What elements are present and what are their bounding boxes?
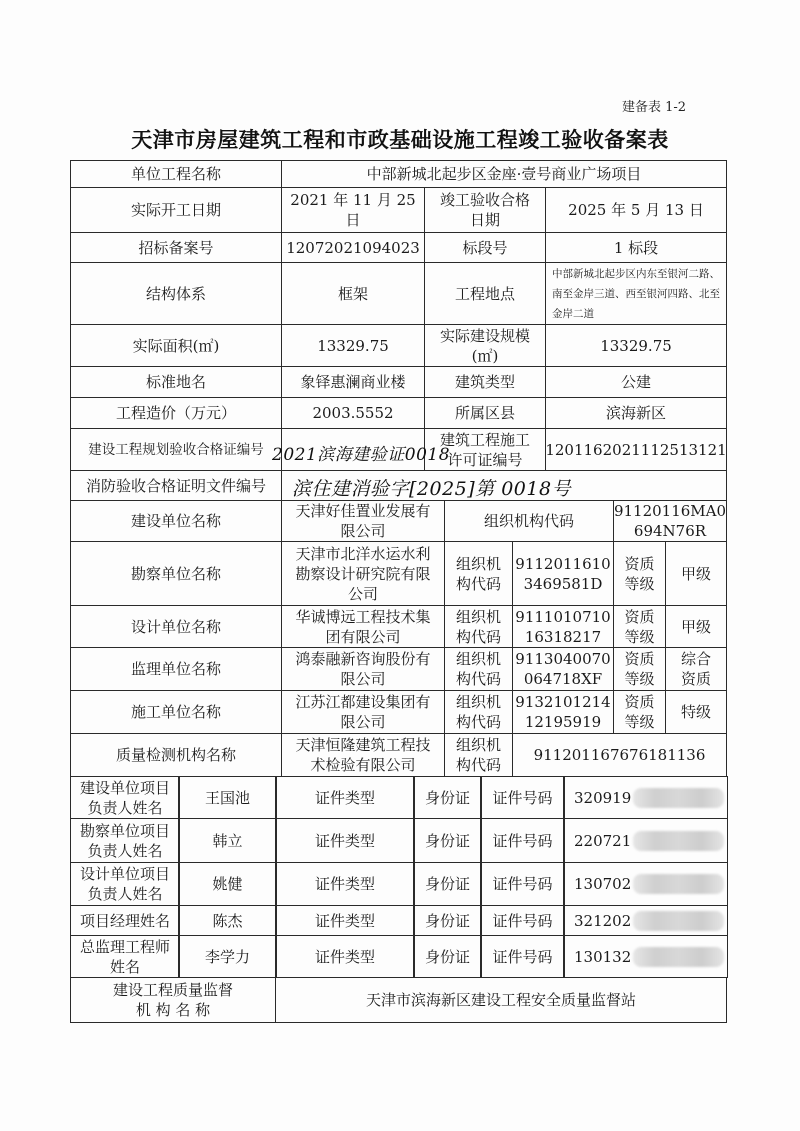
- testing-org-code: 911201167676181136: [512, 733, 727, 777]
- id-no-cell: 130702: [563, 862, 728, 906]
- section-label: 标段号: [424, 232, 546, 263]
- survey-grade-label: 资质 等级: [613, 541, 666, 606]
- construction-org-code-label: 组织机 构代码: [444, 690, 513, 734]
- testing-org-code-label: 组织机 构代码: [444, 733, 513, 777]
- id-no-cell: 321202: [563, 905, 728, 936]
- id-type-value: 身份证: [413, 905, 482, 936]
- building-type-label: 建筑类型: [424, 366, 546, 398]
- structure-value: 框架: [281, 262, 425, 325]
- area-value: 13329.75: [281, 324, 425, 367]
- person-name: 韩立: [178, 818, 277, 863]
- cost-label: 工程造价（万元）: [70, 397, 282, 429]
- id-type-value: 身份证: [413, 776, 482, 819]
- survey-grade: 甲级: [665, 541, 727, 606]
- scale-label: 实际建设规模 (㎡): [424, 324, 546, 367]
- id-type-value: 身份证: [413, 935, 482, 978]
- tender-no-value: 12072021094023: [281, 232, 425, 263]
- survey-org-code: 9112011610 3469581D: [512, 541, 614, 606]
- location-label: 工程地点: [424, 262, 546, 325]
- id-type-label: 证件类型: [275, 935, 415, 978]
- design-label: 设计单位名称: [70, 605, 282, 648]
- id-type-label: 证件类型: [275, 905, 415, 936]
- person-name: 陈杰: [178, 905, 277, 936]
- design-name: 华诚博远工程技术集 团有限公司: [281, 605, 445, 648]
- design-org-code: 9111010710 16318217: [512, 605, 614, 648]
- id-no-prefix: 130132: [574, 947, 631, 967]
- person-role: 建设单位项目 负责人姓名: [70, 776, 180, 819]
- area-label: 实际面积(㎡): [70, 324, 282, 367]
- id-no-label: 证件号码: [480, 935, 565, 978]
- id-no-redaction-mask: [633, 831, 724, 851]
- id-no-redaction-mask: [633, 874, 724, 894]
- person-role: 总监理工程师 姓名: [70, 935, 180, 978]
- construction-grade-label: 资质 等级: [613, 690, 666, 734]
- person-name: 李学力: [178, 935, 277, 978]
- accept-date-label: 竣工验收合格 日期: [424, 187, 546, 233]
- design-grade: 甲级: [665, 605, 727, 648]
- id-no-prefix: 130702: [574, 874, 631, 894]
- person-name: 王国池: [178, 776, 277, 819]
- supervision-agency-value: 天津市滨海新区建设工程安全质量监督站: [275, 977, 727, 1023]
- accept-date-value: 2025 年 5 月 13 日: [545, 187, 727, 233]
- survey-org-code-label: 组织机 构代码: [444, 541, 513, 606]
- std-name-label: 标准地名: [70, 366, 282, 398]
- design-org-code-label: 组织机 构代码: [444, 605, 513, 648]
- planning-cert-label: 建设工程规划验收合格证编号: [70, 428, 282, 471]
- id-type-label: 证件类型: [275, 862, 415, 906]
- testing-name: 天津恒隆建筑工程技 术检验有限公司: [281, 733, 445, 777]
- cost-value: 2003.5552: [281, 397, 425, 429]
- person-name: 姚健: [178, 862, 277, 906]
- builder-org-code-label: 组织机构代码: [444, 500, 614, 542]
- supervision-name: 鸿泰融新咨询股份有 限公司: [281, 647, 445, 691]
- form-id: 建备表 1-2: [622, 96, 686, 115]
- id-type-label: 证件类型: [275, 776, 415, 819]
- supervision-agency-label: 建设工程质量监督 机 构 名 称: [70, 977, 276, 1023]
- planning-cert-value: 2021滨海建验证0018: [272, 440, 450, 465]
- district-label: 所属区县: [424, 397, 546, 429]
- id-no-cell: 130132: [563, 935, 728, 978]
- supervision-grade-label: 资质 等级: [613, 647, 666, 691]
- id-no-redaction-mask: [633, 788, 724, 808]
- person-role: 设计单位项目 负责人姓名: [70, 862, 180, 906]
- project-name-value: 中部新城北起步区金座·壹号商业广场项目: [281, 160, 727, 188]
- supervision-grade: 综合 资质: [665, 647, 727, 691]
- id-no-label: 证件号码: [480, 905, 565, 936]
- tender-no-label: 招标备案号: [70, 232, 282, 263]
- id-no-prefix: 220721: [574, 831, 631, 851]
- construction-label: 施工单位名称: [70, 690, 282, 734]
- id-type-value: 身份证: [413, 862, 482, 906]
- id-no-prefix: 321202: [574, 911, 631, 931]
- id-no-cell: 220721: [563, 818, 728, 863]
- start-date-value: 2021 年 11 月 25 日: [281, 187, 425, 233]
- std-name-value: 象铎惠澜商业楼: [281, 366, 425, 398]
- id-no-prefix: 320919: [574, 788, 631, 808]
- id-no-label: 证件号码: [480, 862, 565, 906]
- project-name-label: 单位工程名称: [70, 160, 282, 188]
- section-value: 1 标段: [545, 232, 727, 263]
- id-type-value: 身份证: [413, 818, 482, 863]
- building-type-value: 公建: [545, 366, 727, 398]
- survey-label: 勘察单位名称: [70, 541, 282, 606]
- id-no-label: 证件号码: [480, 776, 565, 819]
- supervision-org-code: 9113040070 064718XF: [512, 647, 614, 691]
- construction-grade: 特级: [665, 690, 727, 734]
- district-value: 滨海新区: [545, 397, 727, 429]
- id-no-redaction-mask: [633, 947, 724, 967]
- supervision-label: 监理单位名称: [70, 647, 282, 691]
- builder-label: 建设单位名称: [70, 500, 282, 542]
- id-no-label: 证件号码: [480, 818, 565, 863]
- construction-org-code: 9132101214 12195919: [512, 690, 614, 734]
- id-no-cell: 320919: [563, 776, 728, 819]
- design-grade-label: 资质 等级: [613, 605, 666, 648]
- testing-label: 质量检测机构名称: [70, 733, 282, 777]
- id-no-redaction-mask: [633, 911, 724, 931]
- location-value: 中部新城北起步区内东至银河二路、 南至金岸三道、西至银河四路、北至 金岸二道: [545, 262, 727, 325]
- builder-name: 天津好佳置业发展有 限公司: [281, 500, 445, 542]
- start-date-label: 实际开工日期: [70, 187, 282, 233]
- supervision-org-code-label: 组织机 构代码: [444, 647, 513, 691]
- builder-org-code: 91120116MA0 694N76R: [613, 500, 727, 542]
- structure-label: 结构体系: [70, 262, 282, 325]
- scale-value: 13329.75: [545, 324, 727, 367]
- person-role: 勘察单位项目 负责人姓名: [70, 818, 180, 863]
- survey-name: 天津市北洋水运水利 勘察设计研究院有限 公司: [281, 541, 445, 606]
- fire-cert-label: 消防验收合格证明文件编号: [70, 470, 282, 501]
- construction-name: 江苏江都建设集团有 限公司: [281, 690, 445, 734]
- permit-value: 1201162021112513121: [545, 428, 727, 471]
- person-role: 项目经理姓名: [70, 905, 180, 936]
- page-title: 天津市房屋建筑工程和市政基础设施工程竣工验收备案表: [0, 124, 800, 154]
- fire-cert-value: 滨住建消验字[2025]第 0018号: [292, 474, 571, 501]
- id-type-label: 证件类型: [275, 818, 415, 863]
